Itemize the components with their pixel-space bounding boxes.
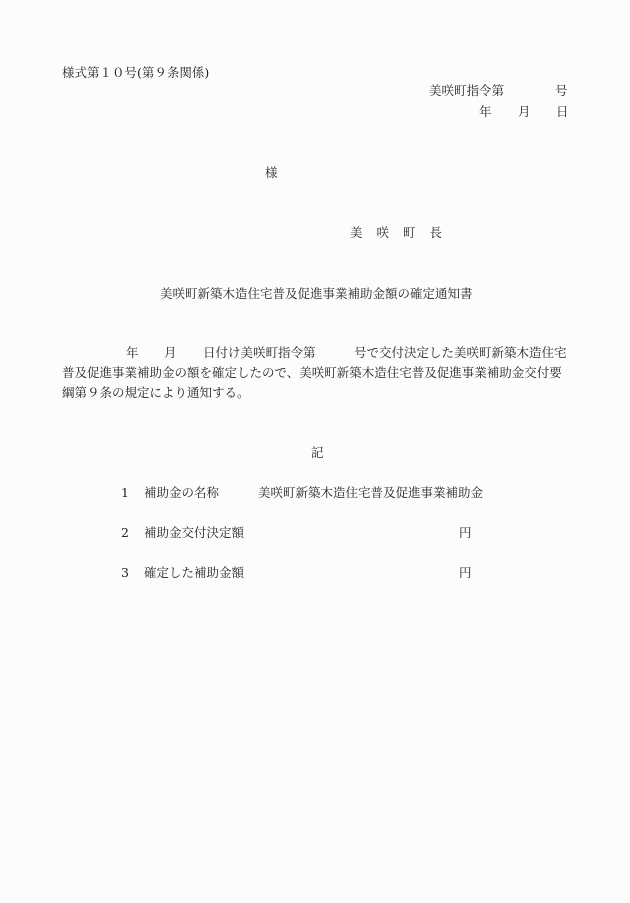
date-month-label: 月 — [518, 106, 531, 119]
item-number: 1 — [121, 487, 129, 500]
issuer-name: 美 咲 町 長 — [350, 227, 447, 240]
addressee-honorific: 様 — [265, 167, 278, 180]
item-unit-yen: 円 — [459, 527, 472, 540]
item-label-decided-amount: 補助金交付決定額 — [144, 527, 244, 540]
body-month-label: 月 — [164, 347, 177, 360]
body-day-reference: 日付け美咲町指令第 — [203, 347, 316, 360]
body-line-2: 普及促進事業補助金の額を確定したので、美咲町新築木造住宅普及促進事業補助金交付要 — [62, 367, 572, 380]
body-line-3: 綱第９条の規定により通知する。 — [62, 387, 572, 400]
document-number-label: 美咲町指令第 — [429, 85, 504, 98]
body-year-label: 年 — [126, 347, 139, 360]
note-heading: 記 — [311, 447, 324, 460]
item-label-subsidy-name: 補助金の名称 — [144, 487, 219, 500]
item-number: 2 — [121, 527, 129, 540]
date-year-label: 年 — [479, 106, 492, 119]
item-label-confirmed-amount: 確定した補助金額 — [144, 567, 244, 580]
body-line-1-rest: 号で交付決定した美咲町新築木造住宅 — [354, 347, 567, 360]
document-title: 美咲町新築木造住宅普及促進事業補助金額の確定通知書 — [160, 288, 473, 301]
item-value-subsidy-name: 美咲町新築木造住宅普及促進事業補助金 — [258, 487, 483, 500]
item-unit-yen: 円 — [459, 567, 472, 580]
form-number: 様式第１０号(第９条関係) — [62, 67, 209, 80]
document-number-suffix: 号 — [555, 85, 568, 98]
document-page: { "header": { "form_number": "様式第１０号(第９条… — [0, 0, 630, 903]
item-number: 3 — [121, 567, 129, 580]
date-day-label: 日 — [556, 106, 569, 119]
